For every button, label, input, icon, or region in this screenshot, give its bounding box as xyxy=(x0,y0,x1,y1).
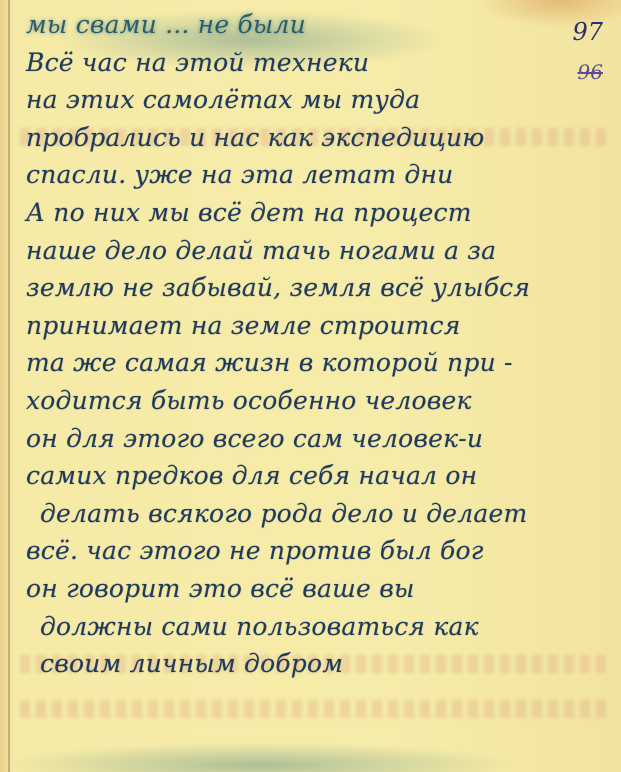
text-line: он для этого всего сам человек-и xyxy=(26,420,561,458)
text-line: на этих самолётах мы туда xyxy=(26,81,561,119)
text-line: А по них мы всё дет на процест xyxy=(26,194,561,232)
text-line: самих предков для себя начал он xyxy=(26,457,561,495)
text-line: своим личным добром xyxy=(26,645,561,683)
text-line: он говорит это всё ваше вы xyxy=(26,570,561,608)
text-line: мы свами ... не были xyxy=(26,6,561,44)
handwritten-text: мы свами ... не были Всё час на этой тех… xyxy=(26,6,561,683)
text-line: наше дело делай тачь ногами а за xyxy=(26,232,561,270)
margin-line xyxy=(8,0,10,772)
notebook-page: 97 96 мы свами ... не были Всё час на эт… xyxy=(0,0,621,772)
text-line: всё. час этого не против был бог xyxy=(26,532,561,570)
text-line: спасли. уже на эта летат дни xyxy=(26,156,561,194)
text-line: Всё час на этой технеки xyxy=(26,44,561,82)
text-line: ходится быть особенно человек xyxy=(26,382,561,420)
ink-bleed xyxy=(20,700,611,718)
text-line: принимает на земле строится xyxy=(26,307,561,345)
text-line: делать всякого рода дело и делает xyxy=(26,495,561,533)
text-line: пробрались и нас как экспедицию xyxy=(26,119,561,157)
page-number-crossed-out: 96 xyxy=(578,60,603,84)
text-line: землю не забывай, земля всё улыбся xyxy=(26,269,561,307)
page-number: 97 xyxy=(572,18,603,46)
text-line: та же самая жизн в которой при - xyxy=(26,344,561,382)
text-line: должны сами пользоваться как xyxy=(26,608,561,646)
